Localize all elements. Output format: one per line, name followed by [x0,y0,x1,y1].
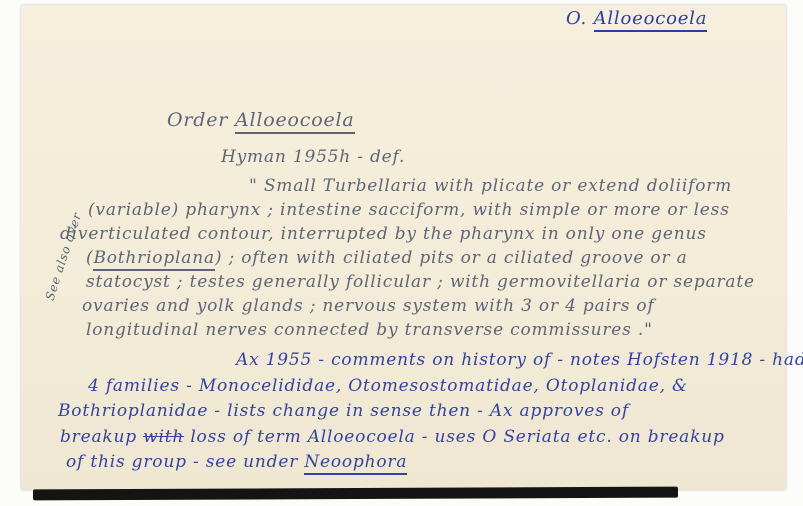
scan-background: O. Alloeocoela See also over Order Alloe… [0,0,803,506]
quote-line-5: statocyst ; testes generally follicular … [86,273,755,292]
notes-line-1: Ax 1955 - comments on history of - notes… [236,351,803,370]
quote-line-4: (Bothrioplana) ; often with ciliated pit… [86,249,688,268]
notes-line-5-pre: of this group - see under [66,452,304,472]
corner-label-taxon: Alloeocoela [594,8,708,32]
heading-prefix: Order [167,109,228,131]
quote-line-6: ovaries and yolk glands ; nervous system… [82,297,655,316]
quote-line-7: longitudinal nerves connected by transve… [86,321,653,340]
heading-taxon: Alloeocoela [235,109,355,134]
corner-label-prefix: O. [566,8,587,29]
notes-line-5: of this group - see under Neoophora [66,453,407,472]
quote-line-3: diverticulated contour, interrupted by t… [60,225,707,244]
corner-label: O. Alloeocoela [566,9,707,29]
notes-line-2: 4 families - Monocelididae, Otomesostoma… [88,377,688,396]
quote-line-1: " Small Turbellaria with plicate or exte… [249,177,732,196]
notes-line-4-rest: loss of term Alloeocoela - uses O Seriat… [184,427,725,447]
card-bottom-shadow [33,487,678,501]
notes-line-3: Bothrioplanidae - lists change in sense … [58,402,629,421]
quote-line-4-rest: ) ; often with ciliated pits or a ciliat… [215,248,688,268]
reference-line: Hyman 1955h - def. [221,148,405,167]
heading-line: Order Alloeocoela [167,110,355,131]
quote-line-2: (variable) pharynx ; intestine sacciform… [88,201,730,220]
notes-line-4-struck-word: with [143,427,184,447]
notes-line-5-taxon: Neoophora [304,452,407,475]
quote-line-4-taxon: Bothrioplana [93,248,214,271]
notes-line-4-pre: breakup [60,427,143,447]
notes-line-4: breakup with loss of term Alloeocoela - … [60,428,725,447]
